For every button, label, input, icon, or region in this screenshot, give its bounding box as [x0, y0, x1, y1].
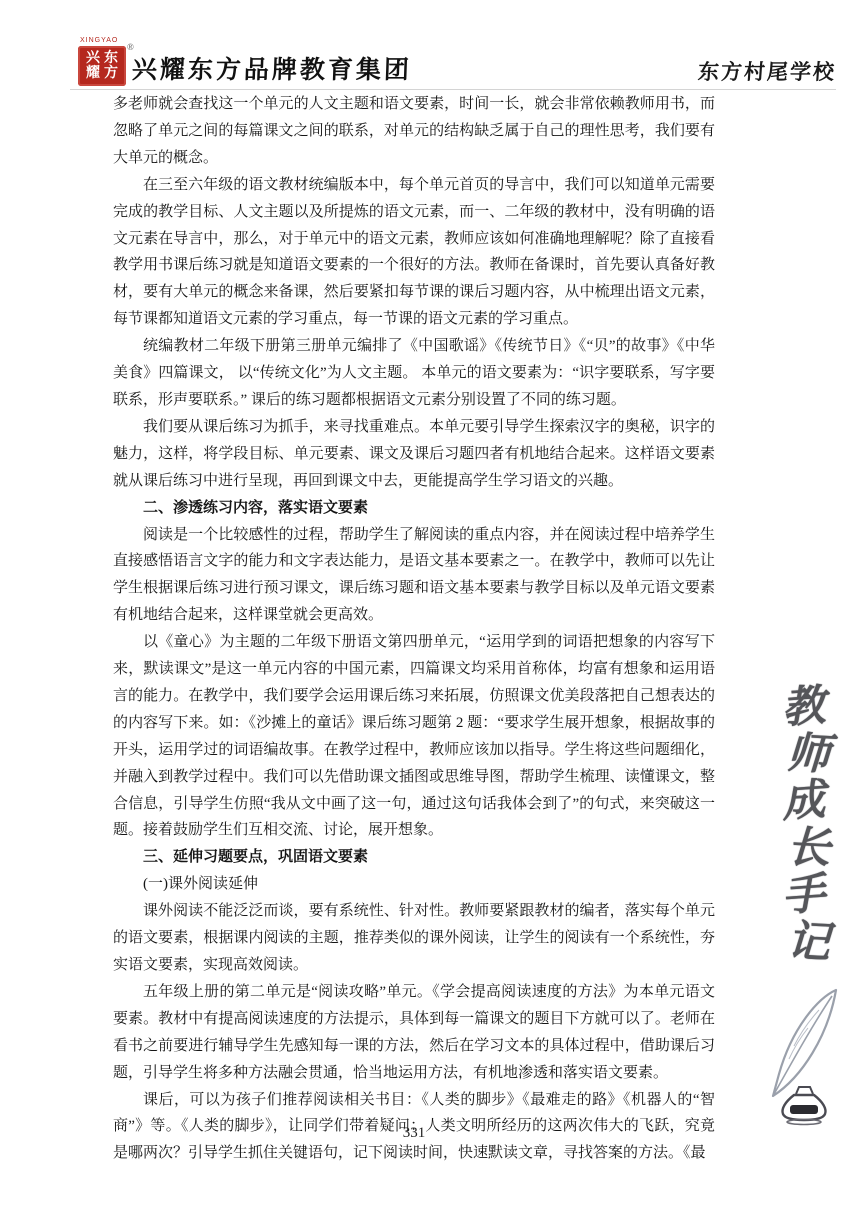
letterhead: 兴耀 东方 XINGYAO ® 兴耀东方品牌教育集团 东方村尾学校: [78, 44, 836, 90]
seal-text-right: 东方: [103, 51, 119, 81]
header-divider: [70, 89, 836, 90]
paragraph: 多老师就会查找这一个单元的人文主题和语文要素，时间一长，就会非常依赖教师用书，而…: [113, 91, 715, 172]
calligraphy-char: 长: [785, 824, 830, 873]
section-heading: 二、渗透练习内容，落实语文要素: [113, 495, 715, 522]
page-number: 331: [113, 1125, 715, 1142]
school-name: 东方村尾学校: [697, 56, 837, 86]
document-page: 兴耀 东方 XINGYAO ® 兴耀东方品牌教育集团 东方村尾学校 多老师就会查…: [0, 0, 850, 1205]
paragraph: 统编教材二年级下册第三册单元编排了《中国歌谣》《传统节日》《“贝”的故事》《中华…: [113, 333, 715, 414]
paragraph: 课外阅读不能泛泛而谈，要有系统性、针对性。教师要紧跟教材的编者，落实每个单元的语…: [113, 898, 715, 979]
paragraph: 在三至六年级的语文教材统编版本中，每个单元首页的导言中，我们可以知道单元需要完成…: [113, 172, 715, 333]
calligraphy-char: 师: [785, 730, 830, 779]
company-logo: 兴耀 东方 XINGYAO ®: [78, 46, 134, 86]
seal-text-left: 兴耀: [85, 51, 101, 81]
calligraphy-char: 记: [785, 918, 830, 967]
company-name: 兴耀东方品牌教育集团: [131, 50, 412, 86]
section-heading: 三、延伸习题要点，巩固语文要素: [113, 844, 715, 871]
paragraph: 以《童心》为主题的二年级下册语文第四册单元，“运用学到的词语把想象的内容写下来，…: [113, 629, 715, 844]
red-seal-stamp-icon: 兴耀 东方: [78, 46, 126, 86]
quill-and-ink-icon: [756, 984, 848, 1129]
vertical-calligraphy-title: 教 师 成 长 手 记: [770, 684, 840, 966]
calligraphy-char: 教: [780, 683, 826, 733]
calligraphy-char: 手: [780, 871, 826, 921]
seal-caption: XINGYAO: [80, 37, 118, 44]
sub-section-heading: (一)课外阅读延伸: [113, 871, 715, 898]
calligraphy-char: 成: [780, 777, 826, 827]
paragraph: 五年级上册的第二单元是“阅读攻略”单元。《学会提高阅读速度的方法》为本单元语文要…: [113, 979, 715, 1087]
paragraph: 我们要从课后练习为抓手，来寻找重难点。本单元要引导学生探索汉字的奥秘，识字的魅力…: [113, 414, 715, 495]
paragraph: 阅读是一个比较感性的过程，帮助学生了解阅读的重点内容，并在阅读过程中培养学生直接…: [113, 522, 715, 630]
document-body: 多老师就会查找这一个单元的人文主题和语文要素，时间一长，就会非常依赖教师用书，而…: [113, 91, 715, 1167]
